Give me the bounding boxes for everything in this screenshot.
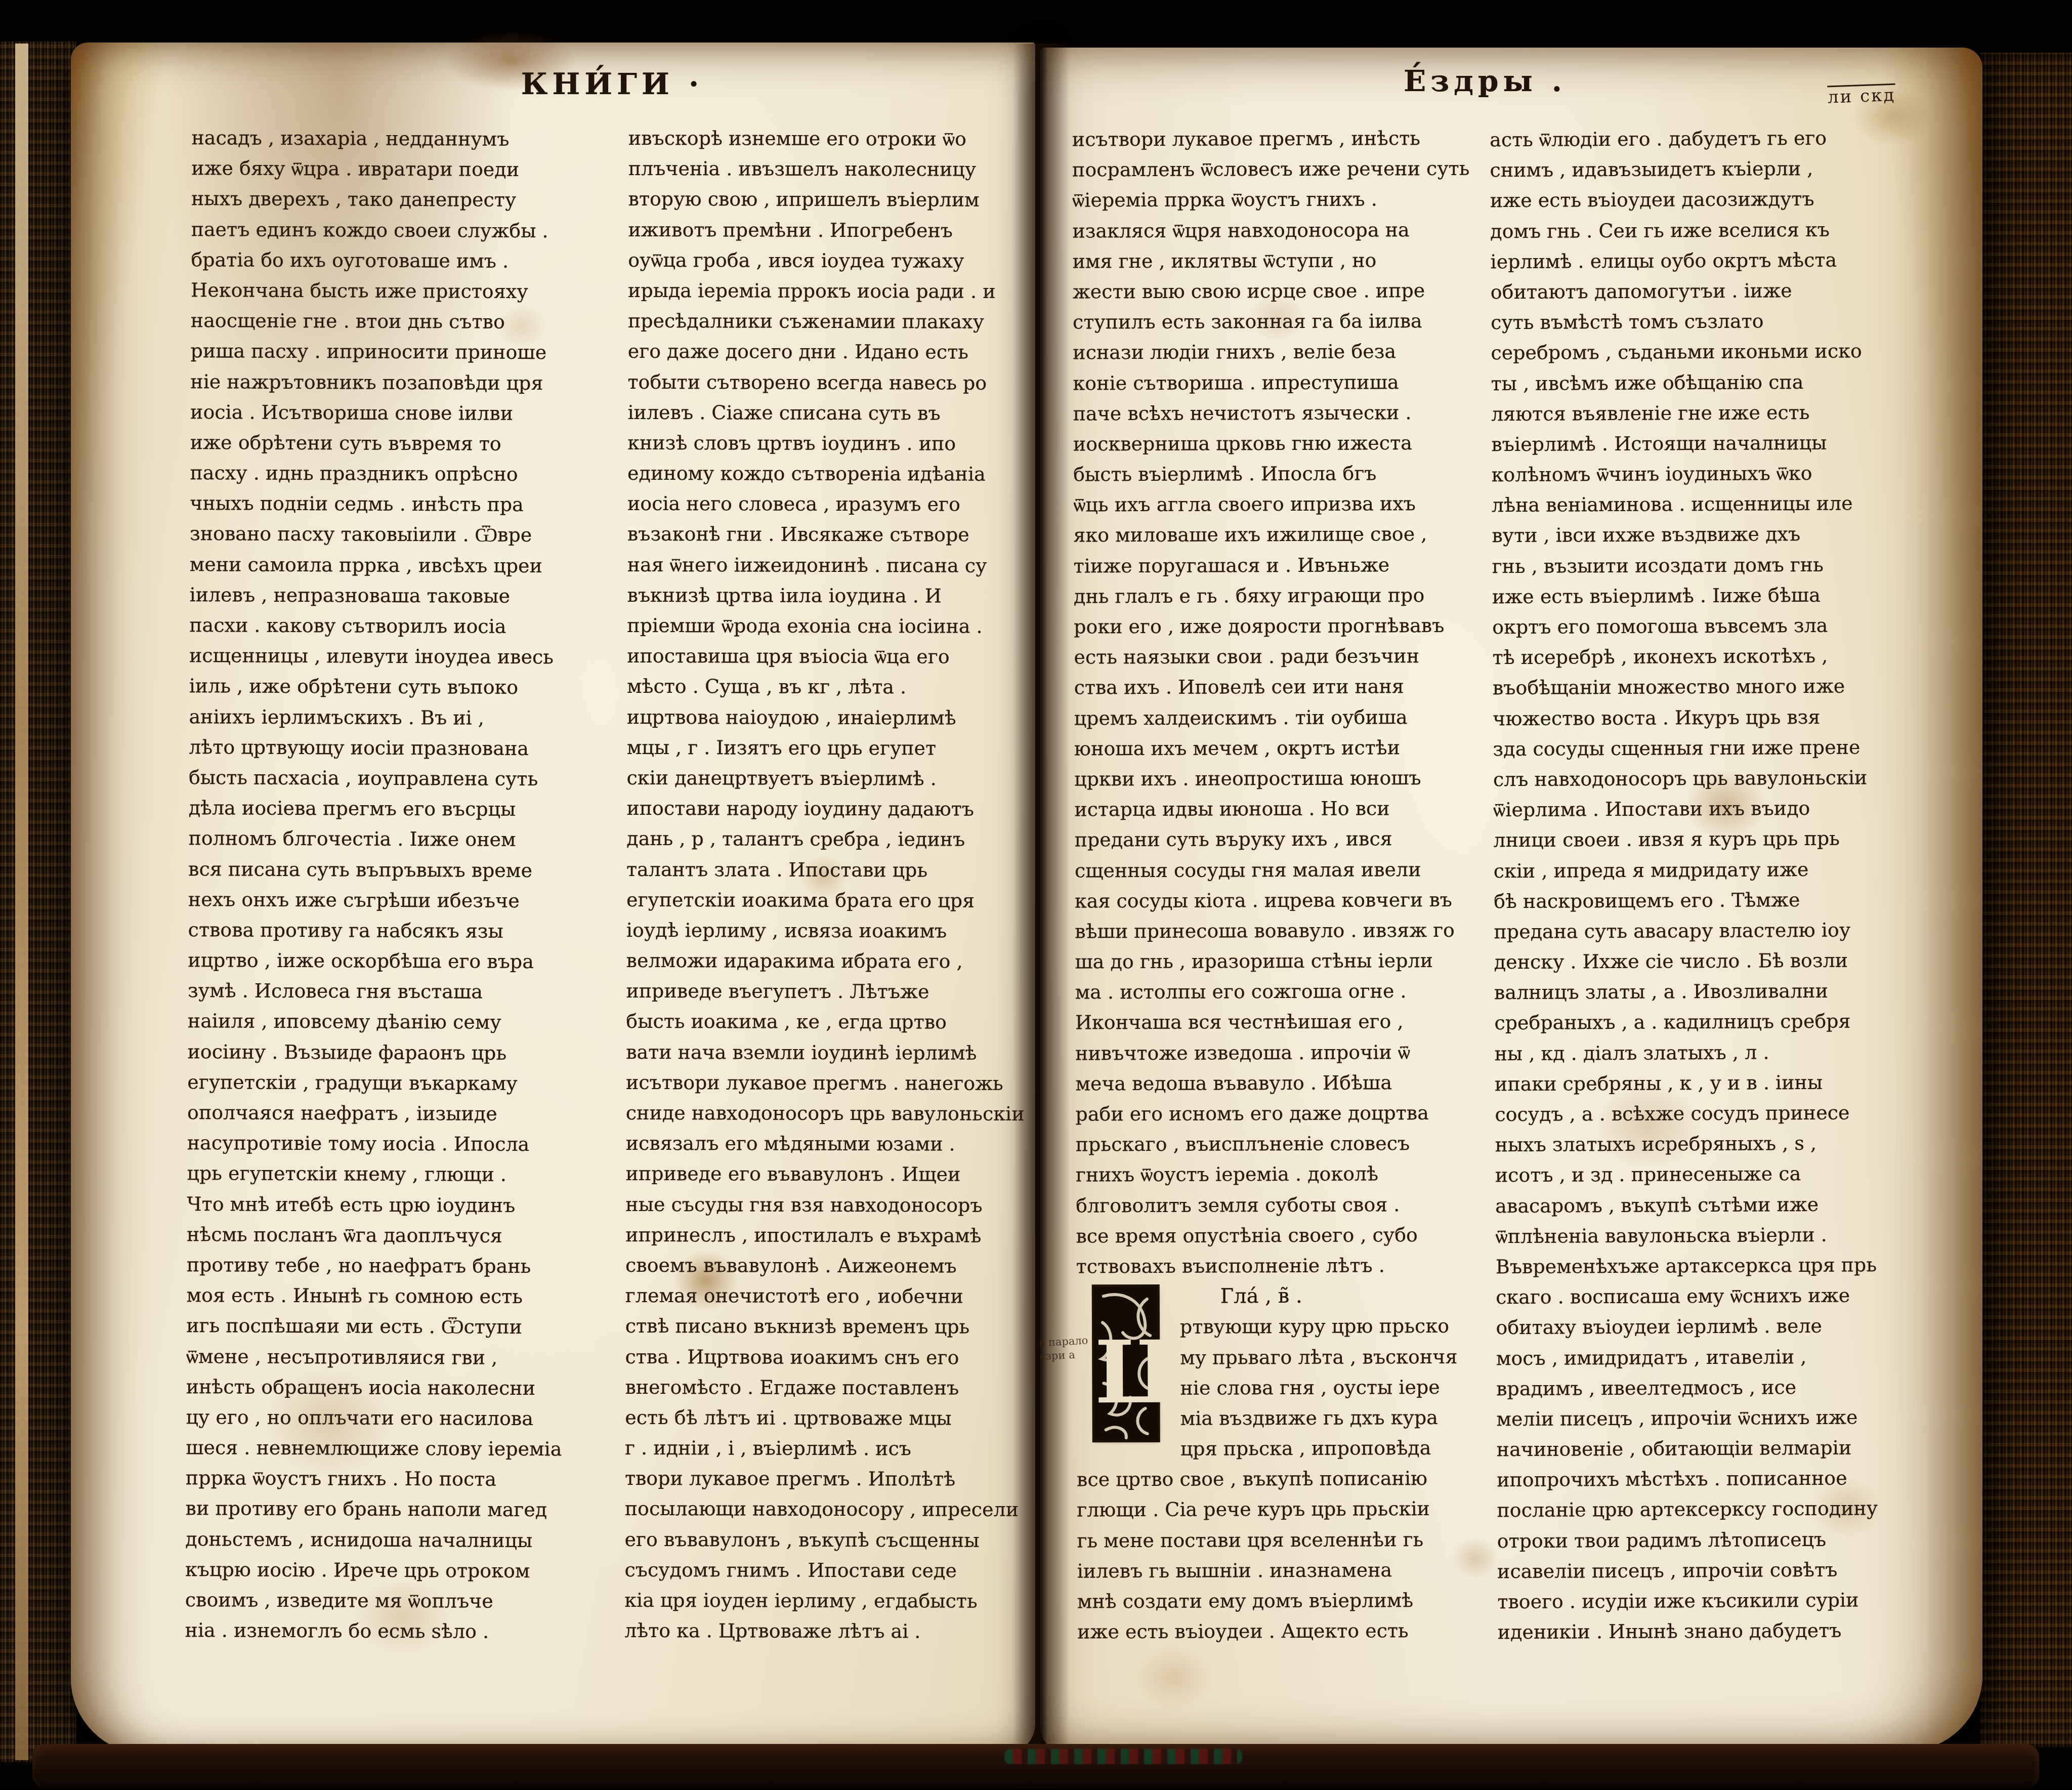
text-line: ирыда іереміа пррокъ иосіа ради . и bbox=[628, 275, 1054, 307]
text-line: есть бѣ лѣтъ иі . цртвоваже мцы bbox=[625, 1402, 1051, 1434]
text-line: пріемши ѿрода ехоніа сна іосіина . bbox=[627, 610, 1053, 642]
text-line: все время опустѣніа своего , субо bbox=[1076, 1219, 1502, 1251]
page-stack-left-gap bbox=[15, 44, 28, 1760]
text-line: вся писана суть въпръвыхъ време bbox=[188, 854, 614, 886]
text-line: меліи писецъ , ипрочіи ѿснихъ иже bbox=[1496, 1402, 1922, 1435]
text-line: ицртвова наіоудою , инаіерлимѣ bbox=[627, 701, 1053, 733]
text-line: чныхъ подніи седмь . инѣсть пра bbox=[190, 488, 616, 520]
text-line: лѣна веніаминова . исщенницы иле bbox=[1492, 488, 1918, 521]
text-line: блговолитъ земля суботы своя . bbox=[1076, 1189, 1502, 1221]
text-line: сниде навходоносоръ црь вавулоньскіи bbox=[626, 1098, 1052, 1129]
text-line: Въвременѣхъже артаксеркса цря прь bbox=[1496, 1250, 1922, 1282]
text-line: цркви ихъ . инеопростиша юношъ bbox=[1074, 762, 1500, 794]
text-line: прьскаго , въисплъненіе словесъ bbox=[1076, 1128, 1502, 1160]
text-line: иоскверниша црковь гню ижеста bbox=[1073, 427, 1499, 459]
text-line: зда сосуды сщенныя гни иже прене bbox=[1493, 732, 1919, 765]
text-line: зновано пасху таковыіили . Ѿвре bbox=[190, 519, 616, 551]
text-line: глемая онечистотѣ его , иобечни bbox=[625, 1280, 1051, 1312]
text-line: ипаки сребряны , к , у и в . іины bbox=[1495, 1067, 1921, 1100]
text-line: книзѣ словъ цртвъ іоудинъ . ипо bbox=[627, 428, 1053, 459]
text-line: вати нача вземли іоудинѣ іерлимѣ bbox=[626, 1037, 1052, 1068]
text-line: пасху . иднь праздникъ опрѣсно bbox=[190, 457, 616, 490]
text-line: паче всѣхъ нечистотъ язычески . bbox=[1073, 397, 1499, 429]
text-line: иосіа . Исътвориша снове іилви bbox=[190, 397, 616, 429]
text-line: яко миловаше ихъ ижилище свое , bbox=[1073, 519, 1499, 551]
text-line: възаконѣ гни . Ивсякаже сътворе bbox=[627, 519, 1053, 550]
text-line: ніе слова гня , оусты іере bbox=[1180, 1371, 1502, 1403]
text-line: твори лукавое прегмъ . Иполѣтѣ bbox=[625, 1463, 1051, 1494]
text-line: оуѿца гроба , ився іоудеа тужаху bbox=[628, 245, 1054, 276]
text-line: ипопрочихъ мѣстѣхъ . пописанное bbox=[1497, 1463, 1923, 1495]
text-line: ѿплѣненіа вавулоньска въіерли . bbox=[1495, 1219, 1921, 1252]
text-line: Что мнѣ итебѣ есть црю іоудинъ bbox=[187, 1189, 613, 1221]
text-line: ви противу его брань наполи магед bbox=[186, 1493, 612, 1526]
text-line: ны , кд . діалъ златыхъ , л . bbox=[1495, 1036, 1921, 1069]
book-photo: КНИ́ГИ · Е́здры . ли скд насадъ , изахар… bbox=[0, 0, 2072, 1790]
text-line: колѣномъ ѿчинъ іоудиныхъ ѿко bbox=[1492, 457, 1918, 490]
right-running-head: Е́здры . bbox=[1328, 64, 1642, 98]
text-line: зумѣ . Исловеса гня въсташа bbox=[188, 975, 614, 1008]
text-line: серебромъ , съданьми иконьми иско bbox=[1491, 336, 1917, 368]
text-line: есть наязыки свои . ради безъчин bbox=[1074, 641, 1500, 673]
page-stack-left bbox=[0, 41, 76, 1762]
text-line: пррка ѿоустъ гнихъ . Но поста bbox=[186, 1463, 612, 1495]
text-line: днь глалъ е гь . бяху играющи про bbox=[1074, 579, 1500, 611]
text-line: чюжество воста . Икуръ црь взя bbox=[1493, 701, 1919, 734]
text-line: имя гне , иклятвы ѿступи , но bbox=[1073, 244, 1499, 276]
text-line: единому кождо сътвореніа идѣаніа bbox=[627, 458, 1053, 489]
text-line: пасхи . какову сътворилъ иосіа bbox=[189, 610, 615, 642]
text-line: лници своеи . ивзя я куръ црь прь bbox=[1493, 823, 1919, 856]
text-line: моя есть . Инынѣ гь сомною есть bbox=[186, 1280, 612, 1312]
text-line: обитаху въіоудеи іерлимѣ . веле bbox=[1496, 1310, 1922, 1343]
text-line: обитаютъ дапомогутъи . іиже bbox=[1491, 275, 1917, 308]
chapter-heading: Гла́ , в̃ . bbox=[1220, 1280, 1502, 1312]
endband-stitches bbox=[1004, 1749, 1242, 1764]
text-line: сщенныя сосуды гня малая ивели bbox=[1075, 854, 1501, 886]
text-line: насадъ , изахаріа , недданнумъ bbox=[191, 122, 617, 155]
text-line: кая сосуды кіота . ицрева ковчеги въ bbox=[1075, 884, 1501, 916]
text-line: иприведе въегупетъ . Лѣтъже bbox=[626, 976, 1052, 1007]
text-line: своемъ въвавулонѣ . Аижеонемъ bbox=[625, 1250, 1051, 1281]
text-line: иже есть въіоудеи . Ащекто есть bbox=[1077, 1615, 1503, 1647]
text-line: иосіину . Възыиде фараонъ црь bbox=[187, 1036, 613, 1069]
text-line: иже есть въіерлимѣ . Іиже бѣша bbox=[1492, 579, 1918, 612]
text-line: насупротивіе тому иосіа . Ипосла bbox=[187, 1128, 613, 1160]
text-line: коніе сътвориша . ипреступиша bbox=[1073, 366, 1499, 398]
text-line: посланіе црю артексерксу господину bbox=[1497, 1493, 1923, 1526]
text-line: ствѣ писано въкнизѣ временъ црь bbox=[625, 1311, 1051, 1342]
margin-note: в парало єзри а bbox=[1039, 1332, 1126, 1364]
text-line: вѣши принесоша вовавуло . ивзяж го bbox=[1075, 914, 1501, 946]
text-line: предана суть авасару властелю іоу bbox=[1494, 914, 1920, 947]
text-line: авасаромъ , въкупѣ сътѣми иже bbox=[1495, 1188, 1921, 1221]
text-line: нехъ онхъ иже съгрѣши ибезъче bbox=[188, 884, 614, 917]
text-line: ныхъ дверехъ , тако данепресту bbox=[191, 184, 617, 216]
text-line: ства ихъ . Иповелѣ сеи ити наня bbox=[1074, 671, 1500, 703]
text-line: денску . Ихже сіе число . Бѣ возли bbox=[1494, 945, 1920, 978]
text-line: цу его , но оплъчати его насилова bbox=[186, 1402, 612, 1434]
text-line: нивъчтоже изведоша . ипрочіи ѿ bbox=[1075, 1036, 1501, 1068]
text-line: своимъ , изведите мя ѿоплъче bbox=[185, 1585, 611, 1617]
text-line: домъ гнь . Сеи гь иже вселися къ bbox=[1490, 214, 1916, 246]
left-page-column-2: ивъскорѣ изнемше его отроки ѿоплъченіа .… bbox=[624, 123, 1054, 1657]
text-line: талантъ злата . Ипостави црь bbox=[626, 854, 1052, 885]
text-line: инѣсть обращенъ иосіа наколесни bbox=[186, 1371, 612, 1404]
text-line: мени самоила пррка , ивсѣхъ цреи bbox=[190, 549, 616, 581]
text-line: іилевъ . Сіаже списана суть въ bbox=[627, 397, 1053, 429]
text-line: гнихъ ѿоустъ іереміа . доколѣ bbox=[1076, 1158, 1502, 1190]
text-line: его въвавулонъ , въкупѣ съсщенны bbox=[625, 1524, 1051, 1556]
text-line: сосудъ , а . всѣхже сосудъ принесе bbox=[1495, 1097, 1921, 1130]
text-line: меча ведоша въвавуло . Ибѣша bbox=[1075, 1067, 1501, 1099]
text-line: скіи данецртвуетъ въіерлимѣ . bbox=[627, 763, 1053, 794]
text-line: братіа бо ихъ оуготоваше имъ . bbox=[191, 244, 617, 277]
text-line: асть ѿлюдіи его . дабудетъ гь его bbox=[1490, 122, 1916, 155]
text-line: его даже досего дни . Идано есть bbox=[628, 336, 1054, 367]
text-line: аніихъ іерлимъскихъ . Въ иі , bbox=[189, 701, 615, 734]
text-line: юноша ихъ мечем , окртъ истѣи bbox=[1074, 732, 1500, 764]
initial-letter: Ц bbox=[1094, 1309, 1158, 1436]
page-stack-right bbox=[1980, 53, 2072, 1747]
text-line: жести выю свою исрце свое . ипре bbox=[1073, 275, 1499, 307]
right-page-column-1: исътвори лукавое прегмъ , инѣстьпосрамле… bbox=[1072, 123, 1504, 1658]
text-line: ипостави народу іоудину дадаютъ bbox=[626, 793, 1052, 824]
text-line: иснази людіи гнихъ , веліе беза bbox=[1073, 336, 1499, 368]
text-line: снимъ , идавъзыидетъ къіерли , bbox=[1490, 153, 1916, 186]
left-running-head: КНИ́ГИ · bbox=[455, 67, 769, 101]
text-line: посрамленъ ѿсловесъ иже речени суть bbox=[1072, 153, 1498, 185]
text-line: ныхъ златыхъ исребряныхъ , ѕ , bbox=[1495, 1128, 1921, 1160]
text-line: ша до гнь , иразориша стѣны іерли bbox=[1075, 945, 1501, 977]
text-line: Некончана бысть иже пристояху bbox=[191, 275, 617, 307]
decorated-initial: Ц bbox=[1094, 1287, 1158, 1440]
text-line: црь егупетскіи кнему , глющи . bbox=[187, 1158, 613, 1191]
text-line: тіиже поругашася и . Ивъньже bbox=[1074, 549, 1500, 581]
text-line: ма . истолпы его сожгоша огне . bbox=[1075, 976, 1501, 1008]
text-line: скіи , ипреда я мидридату иже bbox=[1494, 853, 1920, 886]
text-line: истарца идвы июноша . Но вси bbox=[1074, 793, 1500, 825]
text-line: іоудѣ іерлиму , исвяза иоакимъ bbox=[626, 915, 1052, 946]
text-line: ляются въявленіе гне иже есть bbox=[1491, 396, 1917, 429]
text-line: тѣ исеребрѣ , иконехъ искотѣхъ , bbox=[1492, 640, 1918, 673]
text-line: вторую свою , ипришелъ въіерлим bbox=[628, 184, 1054, 215]
text-line: ты , ивсѣмъ иже обѣщанію спа bbox=[1491, 366, 1917, 399]
text-line: ства . Ицртвова иоакимъ снъ его bbox=[625, 1341, 1051, 1372]
text-line: ѿіерлима . Ипостави ихъ въидо bbox=[1493, 793, 1919, 825]
text-line: ѿць ихъ аггла своего ипризва ихъ bbox=[1073, 488, 1499, 520]
text-line: исавеліи писецъ , ипрочіи совѣтъ bbox=[1497, 1554, 1923, 1587]
text-line: бысть иоакима , ке , егда цртво bbox=[626, 1006, 1052, 1037]
text-line: противу тебе , но наефратъ брань bbox=[187, 1250, 613, 1282]
text-line: ные съсуды гня взя навходоносоръ bbox=[625, 1189, 1051, 1220]
text-line: лѣто цртвующу иосіи празнована bbox=[189, 732, 615, 764]
text-line: все цртво свое , въкупѣ пописанію bbox=[1077, 1463, 1503, 1495]
text-line: кіа цря іоуден іерлиму , егдабысть bbox=[624, 1585, 1050, 1616]
text-line: мнѣ создати ему домъ въіерлимѣ bbox=[1077, 1585, 1503, 1617]
text-line: посылающи навходоносору , ипресели bbox=[625, 1493, 1051, 1525]
text-line: исътвори лукавое прегмъ , инѣсть bbox=[1072, 123, 1498, 155]
text-line: отроки твои радимъ лѣтописецъ bbox=[1497, 1523, 1923, 1556]
text-line: ная ѿнего іижеидонинѣ . писана су bbox=[627, 550, 1053, 581]
text-line: бысть въіерлимѣ . Ипосла бгъ bbox=[1073, 458, 1499, 490]
text-line: ипринеслъ , ипостилалъ е въхрамѣ bbox=[625, 1220, 1051, 1251]
text-line: іиль , иже обрѣтени суть въпоко bbox=[189, 671, 615, 703]
text-line: слъ навходоносоръ црь вавулоньскіи bbox=[1493, 762, 1919, 795]
text-line: тобыти сътворено всегда навесь ро bbox=[628, 366, 1054, 398]
left-page-column-1: насадъ , изахаріа , недданнумъиже бяху ѿ… bbox=[185, 122, 617, 1658]
text-line: іилевъ , непразноваша таковые bbox=[189, 579, 615, 612]
text-line: мцы , г . Іизятъ его црь егупет bbox=[627, 732, 1053, 764]
text-line: исътвори лукавое прегмъ . нанегожь bbox=[626, 1067, 1052, 1099]
text-line: ицртво , іиже оскорбѣша его въра bbox=[188, 945, 614, 977]
text-line: г . идніи , і , въіерлимѣ . исъ bbox=[625, 1433, 1051, 1464]
text-line: пресѣдалники съженамии плакаху bbox=[628, 306, 1054, 337]
text-line: суть въмѣстѣ томъ съзлато bbox=[1491, 305, 1917, 338]
text-line: исвязалъ его мѣдяными юзами . bbox=[626, 1128, 1052, 1159]
text-line: исотъ , и зд . принесеныже са bbox=[1495, 1158, 1921, 1191]
text-line: роки его , иже доярости прогнѣвавъ bbox=[1074, 610, 1500, 642]
text-line: къцрю иосію . Ирече црь отроком bbox=[185, 1554, 611, 1587]
text-line: мосъ , имидридатъ , итавеліи , bbox=[1496, 1341, 1922, 1373]
text-line: ступилъ есть законная га ба іилва bbox=[1073, 306, 1499, 338]
text-line: Икончаша вся честнѣишая его , bbox=[1075, 1006, 1501, 1038]
text-line: іилевъ гь вышніи . иназнамена bbox=[1077, 1554, 1503, 1586]
text-line: цремъ халдеискимъ . тіи оубиша bbox=[1074, 701, 1500, 733]
text-line: шеся . невнемлющиже слову іереміа bbox=[186, 1432, 612, 1465]
text-line: наіиля , иповсему дѣанію сему bbox=[188, 1006, 614, 1038]
text-line: сребраныхъ , а . кадилницъ сребря bbox=[1494, 1006, 1920, 1038]
text-line: предани суть въруку ихъ , ився bbox=[1075, 823, 1501, 855]
text-line: тствовахъ въисполненіе лѣтъ . bbox=[1076, 1250, 1502, 1281]
text-line: врадимъ , ивеелтедмосъ , исе bbox=[1496, 1371, 1922, 1404]
text-line: окртъ его помогоша въвсемъ зла bbox=[1492, 610, 1918, 643]
text-line: иприведе его въвавулонъ . Ищеи bbox=[625, 1158, 1051, 1190]
text-line: скаго . восписаша ему ѿснихъ иже bbox=[1496, 1280, 1922, 1313]
text-line: бысть пасхасіа , иоуправлена суть bbox=[189, 762, 615, 795]
text-line: ѿмене , несъпротивляися гви , bbox=[186, 1341, 612, 1373]
text-line: раби его исномъ его даже доцртва bbox=[1075, 1098, 1501, 1130]
text-line: риша пасху . иприносити приноше bbox=[191, 336, 617, 368]
text-line: наосщеніе гне . втои днь сътво bbox=[191, 305, 617, 338]
text-line: исщенницы , илевути іноудеа ивесь bbox=[189, 640, 615, 673]
text-line: внегомѣсто . Егдаже поставленъ bbox=[625, 1372, 1051, 1403]
text-line: иосіа него словеса , иразумъ его bbox=[627, 488, 1053, 520]
text-line: иже есть въіоудеи дасозиждутъ bbox=[1490, 183, 1916, 216]
text-line: въіерлимѣ . Истоящи началницы bbox=[1491, 427, 1917, 460]
text-line: міа въздвиже гь дхъ кура bbox=[1180, 1402, 1503, 1433]
text-line: дѣла иосіева прегмъ его въсрцы bbox=[189, 793, 615, 825]
text-line: начиновеніе , обитающіи велмаріи bbox=[1497, 1432, 1923, 1465]
text-line: твоего . исудіи иже късикили суріи bbox=[1497, 1585, 1923, 1617]
text-line: плъченіа . ивъзшелъ наколесницу bbox=[628, 153, 1054, 185]
text-line: изакляся ѿцря навходоносора на bbox=[1072, 214, 1498, 246]
text-line: доньстемъ , иснидоша началницы bbox=[185, 1524, 611, 1556]
text-line: ополчаяся наефратъ , іизыиде bbox=[187, 1097, 613, 1130]
text-line: ніе нажрътовникъ позаповѣди цря bbox=[190, 366, 616, 399]
text-line: гнь , възыити исоздати домъ гнь bbox=[1492, 549, 1918, 581]
text-line: гь мене постави цря вселеннѣи гь bbox=[1077, 1524, 1503, 1556]
text-line: цря прьска , ипроповѣда bbox=[1180, 1433, 1503, 1464]
text-line: мѣсто . Суща , въ кг , лѣта . bbox=[627, 671, 1053, 702]
text-line: ніа . изнемоглъ бо есмь ѕѣло . bbox=[185, 1615, 611, 1647]
column-lines-before-chapter: исътвори лукавое прегмъ , инѣстьпосрамле… bbox=[1072, 123, 1502, 1282]
text-line: съсудомъ гнимъ . Ипостави седе bbox=[624, 1555, 1050, 1586]
text-line: полномъ блгочестіа . Іиже онем bbox=[188, 823, 614, 855]
text-line: валницъ златы , а . Ивозливални bbox=[1494, 975, 1920, 1008]
text-line: егупетскіи , градущи въкаркаму bbox=[187, 1067, 613, 1099]
text-line: иже бяху ѿцра . ивратари поеди bbox=[191, 153, 617, 185]
text-line: вути , івси ихже въздвиже дхъ bbox=[1492, 518, 1918, 551]
text-line: иденикіи . Инынѣ знано дабудетъ bbox=[1498, 1615, 1924, 1648]
text-line: дань , р , талантъ сребра , іединъ bbox=[626, 823, 1052, 855]
column-lines-after-initial: все цртво свое , въкупѣ пописаніюглющи .… bbox=[1077, 1463, 1503, 1647]
text-line: ипоставиша цря въіосіа ѿца его bbox=[627, 641, 1053, 672]
text-line: ивъскорѣ изнемше его отроки ѿо bbox=[628, 123, 1054, 154]
text-line: въкнизѣ цртва іила іоудина . И bbox=[627, 580, 1053, 611]
text-line: паетъ единъ кождо своеи службы . bbox=[191, 214, 617, 246]
text-line: му прьваго лѣта , въскончя bbox=[1180, 1341, 1502, 1372]
text-line: въобѣщаніи множество много иже bbox=[1493, 671, 1919, 703]
text-line: иже обрѣтени суть въвремя то bbox=[190, 427, 616, 460]
text-line: велможи идаракима ибрата его , bbox=[626, 945, 1052, 977]
text-line: игь поспѣшаяи ми есть . Ѿступи bbox=[186, 1310, 612, 1343]
text-line: иживотъ премѣни . Ипогребенъ bbox=[628, 214, 1054, 245]
text-line: бѣ наскровищемъ его . Тѣмже bbox=[1494, 884, 1920, 917]
text-line: ствова противу га набсякъ язы bbox=[188, 914, 614, 947]
text-line: глющи . Сіа рече куръ црь прьскіи bbox=[1077, 1493, 1503, 1525]
text-line: іерлимѣ . елицы оубо окртъ мѣста bbox=[1490, 244, 1916, 277]
text-line: егупетскіи иоакима брата его цря bbox=[626, 885, 1052, 916]
text-line: ѿіереміа пррка ѿоустъ гнихъ . bbox=[1072, 184, 1498, 216]
right-page-column-2: асть ѿлюдіи его . дабудетъ гь егоснимъ ,… bbox=[1490, 122, 1924, 1658]
text-line: нѣсмь посланъ ѿга даоплъчуся bbox=[187, 1219, 613, 1252]
text-line: ртвующи куру црю прьско bbox=[1180, 1311, 1502, 1342]
text-line: лѣто ка . Цртвоваже лѣтъ аі . bbox=[624, 1615, 1050, 1647]
